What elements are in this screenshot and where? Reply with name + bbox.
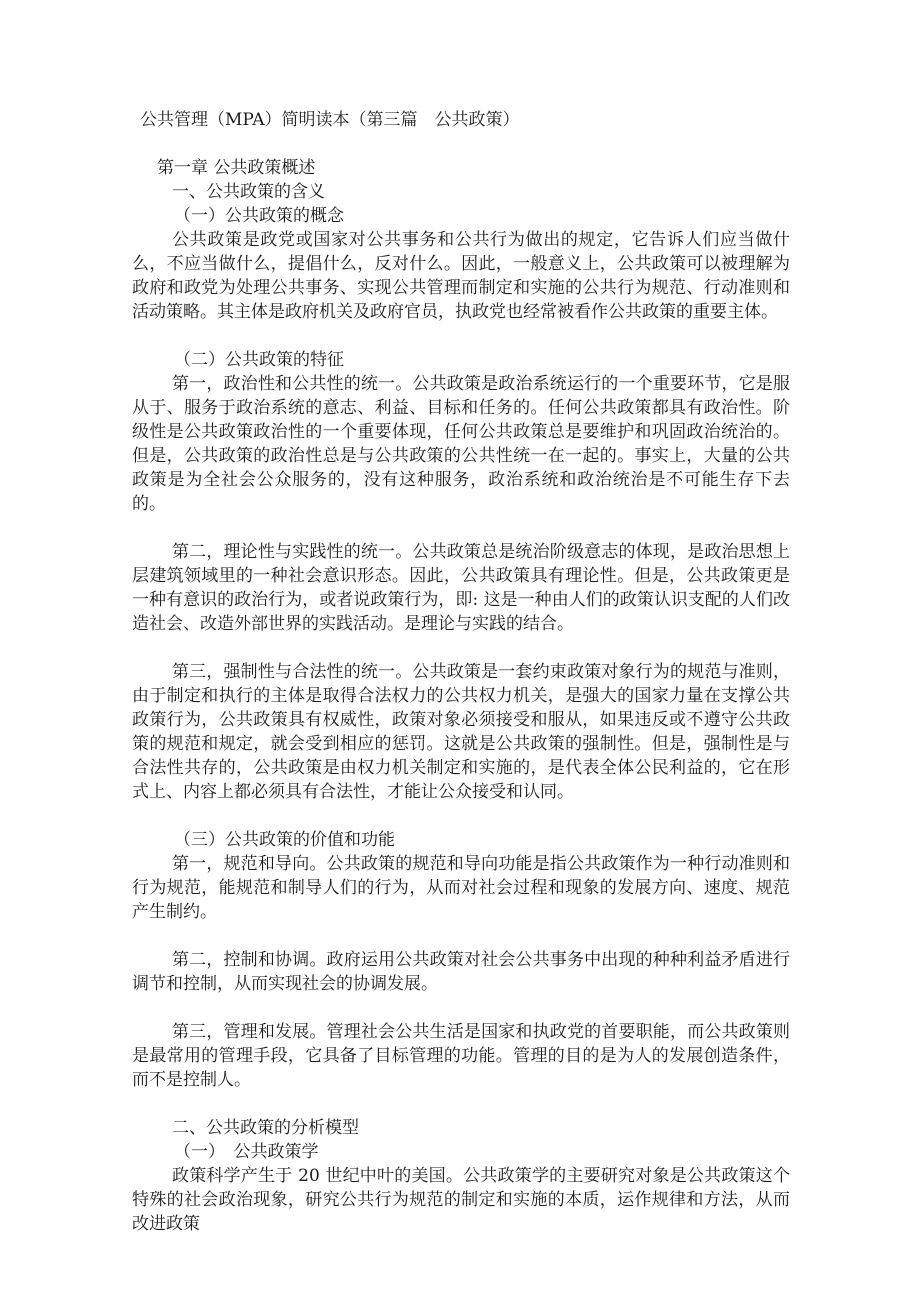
section-2-heading: 二、公共政策的分析模型 <box>132 1116 790 1140</box>
paragraph-function-1: 第一，规范和导向。公共政策的规范和导向功能是指公共政策作为一种行动准则和行为规范… <box>132 852 790 924</box>
chapter-1-heading: 第一章 公共政策概述 <box>132 156 790 180</box>
document-page: 公共管理（MPA）简明读本（第三篇 公共政策） 第一章 公共政策概述 一、公共政… <box>0 0 920 1302</box>
document-title: 公共管理（MPA）简明读本（第三篇 公共政策） <box>132 108 790 132</box>
subsection-1-2-heading: （二）公共政策的特征 <box>132 348 790 372</box>
paragraph-function-3: 第三，管理和发展。管理社会公共生活是国家和执政党的首要职能，而公共政策则是最常用… <box>132 1020 790 1092</box>
subsection-1-1-heading: （一）公共政策的概念 <box>132 204 790 228</box>
section-1-heading: 一、公共政策的含义 <box>132 180 790 204</box>
subsection-1-3-heading: （三）公共政策的价值和功能 <box>132 828 790 852</box>
paragraph-policy-concept: 公共政策是政党或国家对公共事务和公共行为做出的规定，它告诉人们应当做什么，不应当… <box>132 228 790 324</box>
paragraph-feature-1: 第一，政治性和公共性的统一。公共政策是政治系统运行的一个重要环节，它是服从于、服… <box>132 372 790 516</box>
paragraph-feature-2: 第二，理论性与实践性的统一。公共政策总是统治阶级意志的体现，是政治思想上层建筑领… <box>132 540 790 636</box>
subsection-2-1-heading: （一） 公共政策学 <box>132 1140 790 1164</box>
paragraph-function-2: 第二，控制和协调。政府运用公共政策对社会公共事务中出现的种种利益矛盾进行调节和控… <box>132 948 790 996</box>
paragraph-feature-3: 第三，强制性与合法性的统一。公共政策是一套约束政策对象行为的规范与准则，由于制定… <box>132 660 790 804</box>
paragraph-policy-science: 政策科学产生于 20 世纪中叶的美国。公共政策学的主要研究对象是公共政策这个特殊… <box>132 1164 790 1236</box>
